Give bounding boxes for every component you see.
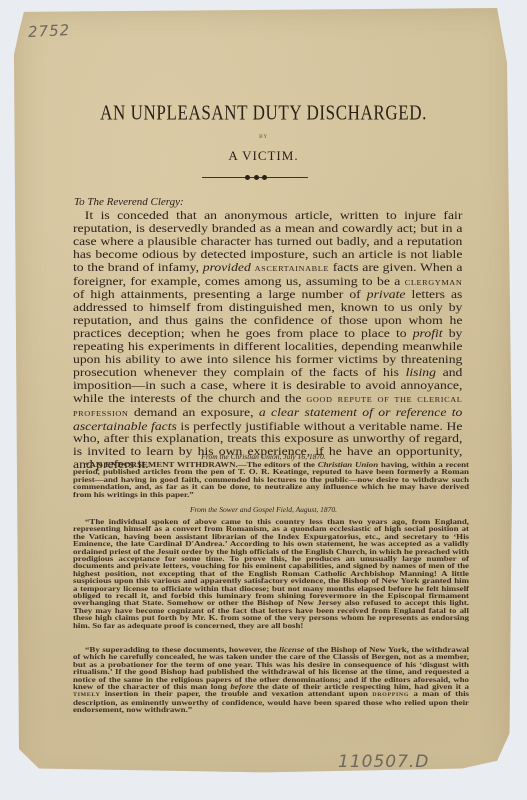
handwritten-catalog-number: 2752 (28, 21, 71, 41)
main-smallcaps-2: clergyman (405, 277, 463, 288)
handwritten-accession-number: 110507.D (338, 752, 429, 772)
main-text-7: demand an exposure, (128, 406, 258, 419)
main-smallcaps-1: ascertainable (255, 263, 329, 274)
quote-sower-paragraph-1: “The individual spoken of above came to … (73, 518, 469, 629)
main-italic-4: lising (406, 366, 436, 379)
divider-ornament-icon (245, 175, 267, 180)
main-italic-3: profit (413, 327, 443, 340)
main-italic-1: provided (203, 261, 251, 274)
main-paragraph: It is conceded that an anonymous article… (73, 210, 462, 472)
quote-sower-paragraph-2: “By superadding to these documents, howe… (73, 646, 469, 714)
source-citation-sower: From the Sower and Gospel Field, August,… (0, 505, 527, 514)
quote-christian-union: “AN ENDORSEMENT WITHDRAWN.—The editors o… (73, 461, 469, 498)
author-name: A VICTIM. (0, 148, 527, 164)
main-italic-2: private (367, 288, 406, 301)
salutation: To The Reverend Clergy: (74, 196, 184, 208)
document-title: AN UNPLEASANT DUTY DISCHARGED. (0, 101, 527, 126)
byline-label: BY (0, 134, 527, 140)
main-text-3: of high attainments, presenting a large … (73, 288, 367, 301)
